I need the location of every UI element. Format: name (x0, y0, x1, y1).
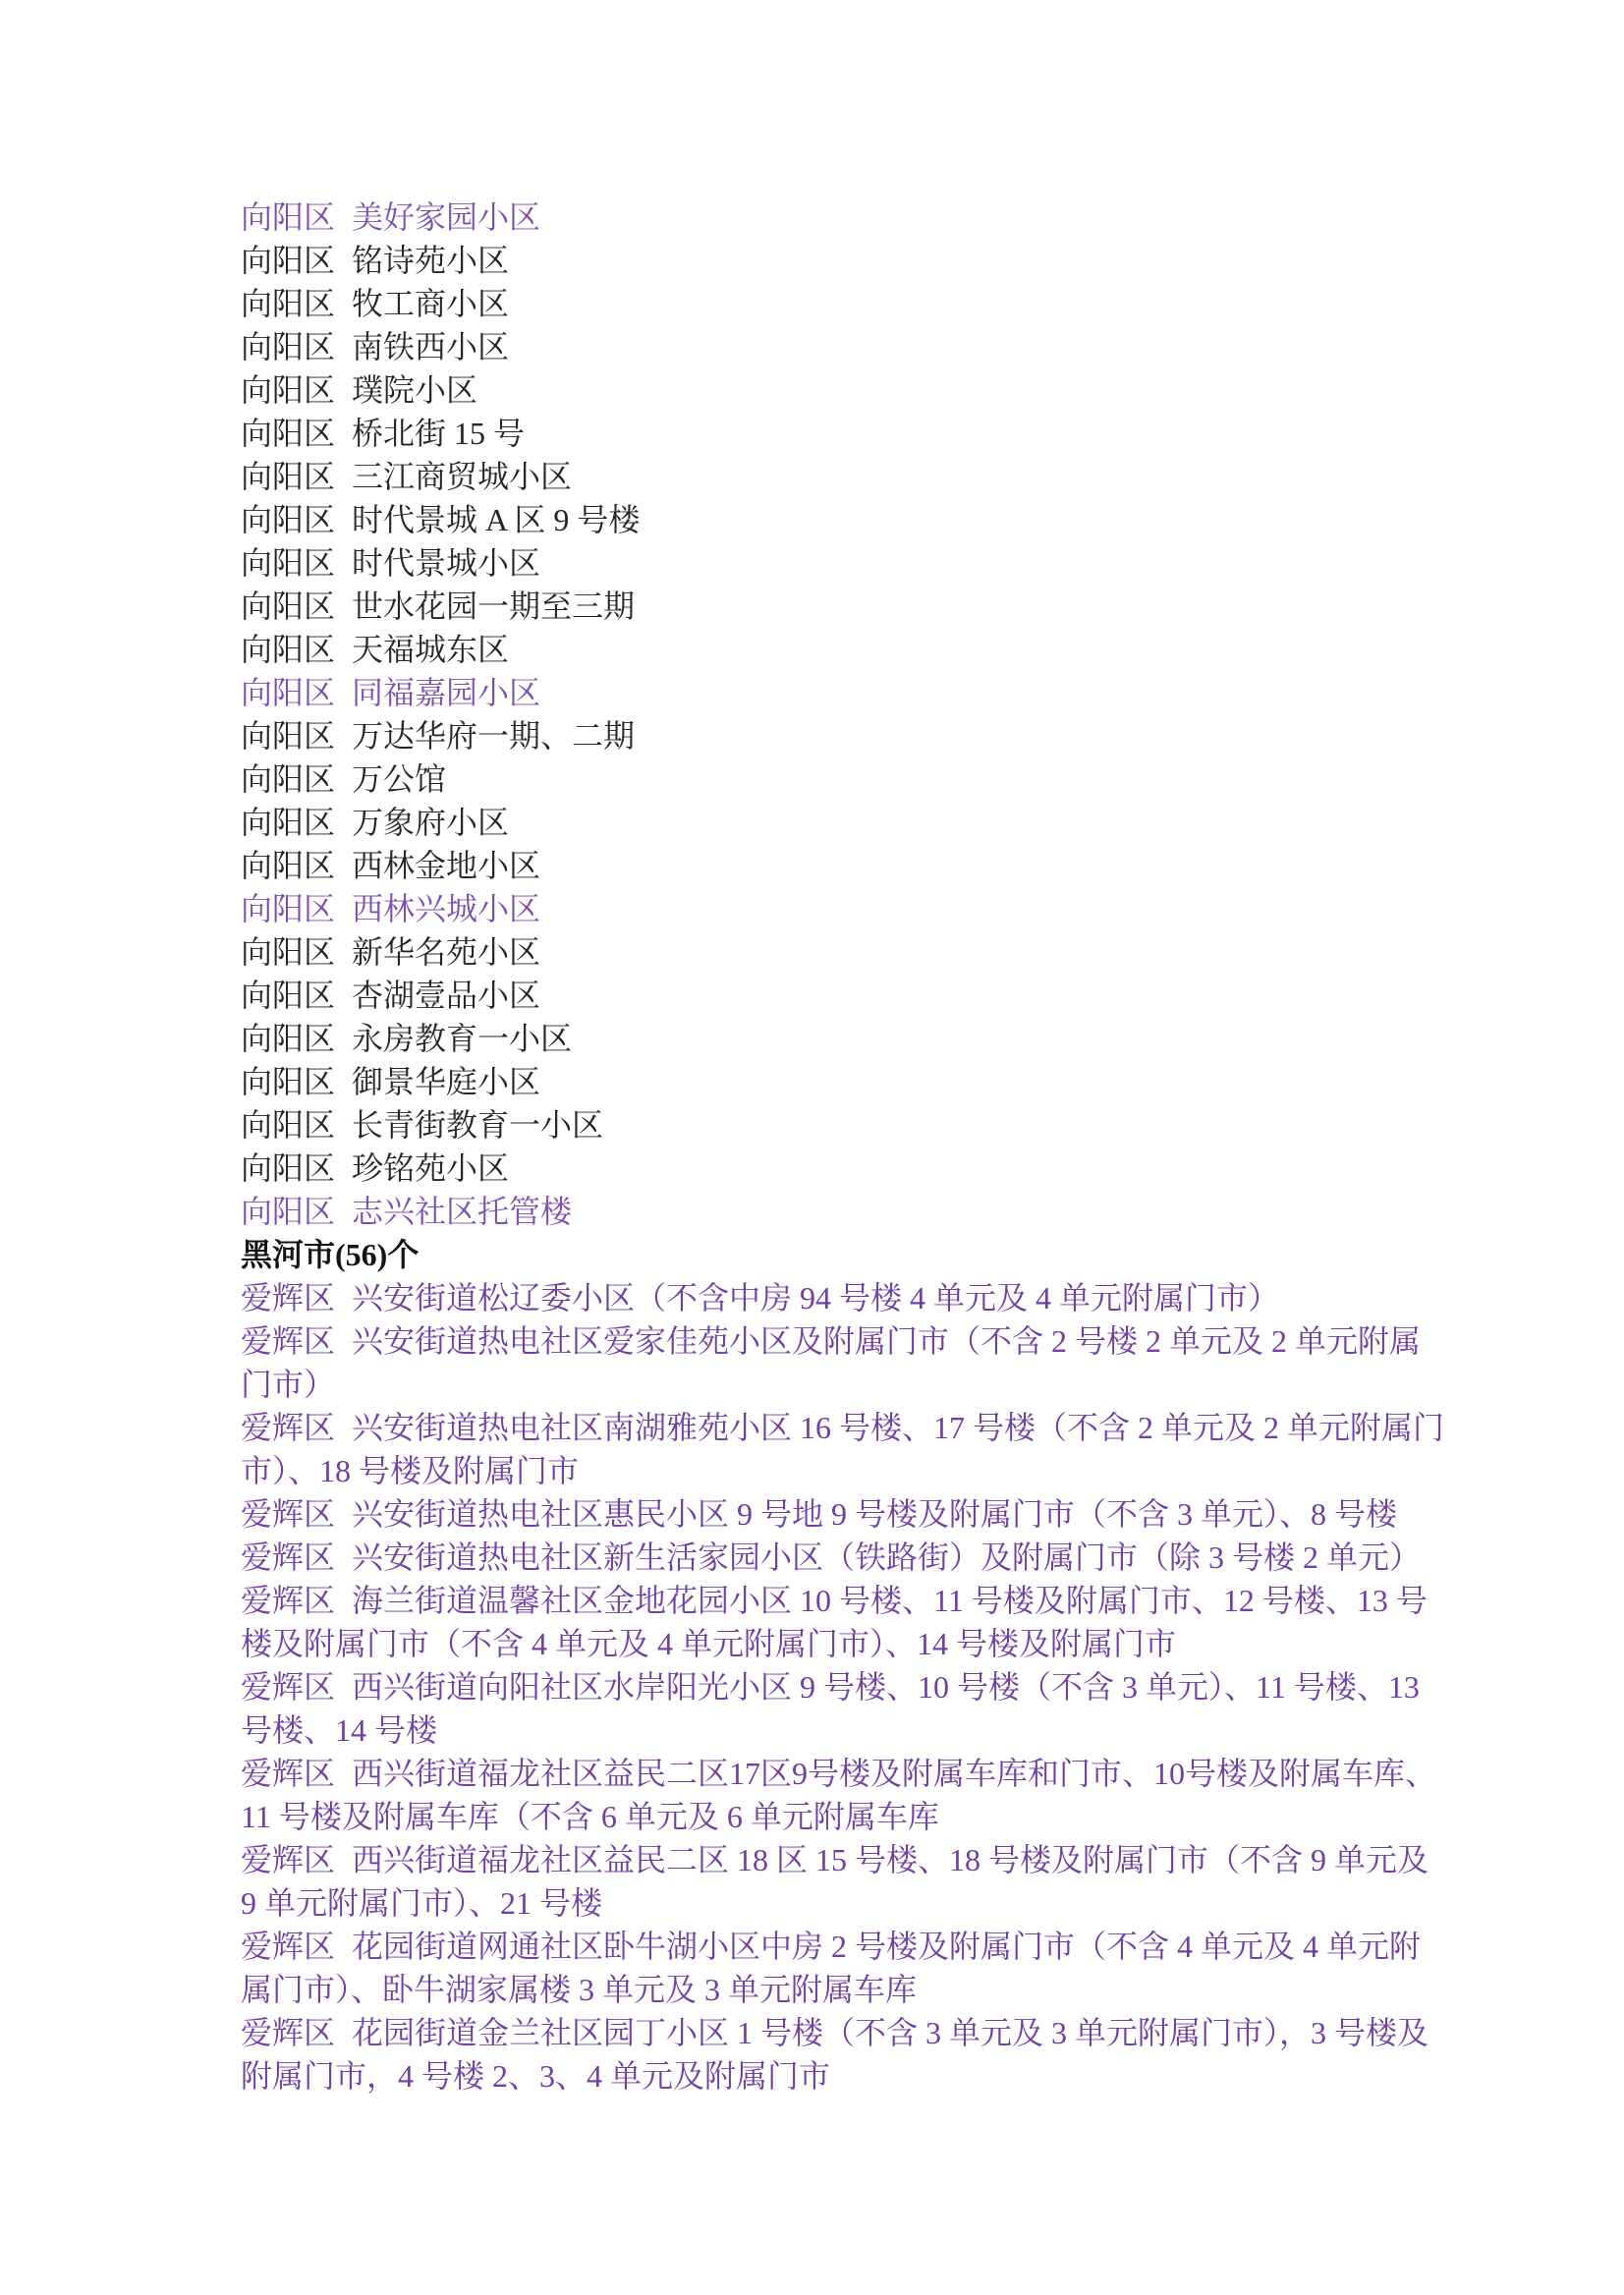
district-label: 向阳区 (241, 1021, 335, 1056)
district-label: 向阳区 (241, 372, 335, 408)
community-entry: 向阳区天福城东区 (241, 628, 1479, 671)
community-entry: 爱辉区兴安街道热电社区爱家佳苑小区及附属门市（不含 2 号楼 2 单元及 2 单… (241, 1319, 1479, 1406)
district-label: 爱辉区 (241, 1410, 335, 1445)
district-label: 向阳区 (241, 805, 335, 840)
community-name: 志兴社区托管楼 (352, 1194, 572, 1229)
district-label: 向阳区 (241, 545, 335, 581)
community-name: 珍铭苑小区 (352, 1150, 509, 1186)
community-entry: 向阳区万达华府一期、二期 (241, 714, 1479, 757)
district-label: 爱辉区 (241, 2015, 335, 2050)
district-label: 向阳区 (241, 891, 335, 926)
district-label: 爱辉区 (241, 1583, 335, 1618)
district-label: 向阳区 (241, 848, 335, 883)
community-name: 西林兴城小区 (352, 891, 540, 926)
community-entry: 向阳区西林兴城小区 (241, 887, 1479, 930)
community-description: 海兰街道温馨社区金地花园小区 10 号楼、11 号楼及附属门市、12 号楼、13… (241, 1583, 1428, 1661)
district-label: 向阳区 (241, 761, 335, 797)
district-label: 向阳区 (241, 1194, 335, 1229)
community-entry: 爱辉区花园街道金兰社区园丁小区 1 号楼（不含 3 单元及 3 单元附属门市），… (241, 2011, 1479, 2098)
aihui-district-list: 爱辉区兴安街道松辽委小区（不含中房 94 号楼 4 单元及 4 单元附属门市）爱… (241, 1276, 1479, 2098)
community-entry: 向阳区万公馆 (241, 757, 1479, 801)
community-name: 世水花园一期至三期 (352, 588, 635, 624)
community-entry: 爱辉区兴安街道热电社区南湖雅苑小区 16 号楼、17 号楼（不含 2 单元及 2… (241, 1406, 1479, 1492)
community-entry: 爱辉区兴安街道热电社区新生活家园小区（铁路街）及附属门市（除 3 号楼 2 单元… (241, 1536, 1479, 1579)
community-name: 杏湖壹品小区 (352, 978, 540, 1013)
community-name: 天福城东区 (352, 632, 509, 667)
community-entry: 向阳区长青街教育一小区 (241, 1103, 1479, 1147)
district-label: 向阳区 (241, 675, 335, 710)
community-name: 璞院小区 (352, 372, 477, 408)
district-label: 爱辉区 (241, 1539, 335, 1575)
community-description: 兴安街道松辽委小区（不含中房 94 号楼 4 单元及 4 单元附属门市） (352, 1280, 1279, 1315)
community-name: 三江商贸城小区 (352, 459, 572, 494)
district-label: 向阳区 (241, 1064, 335, 1099)
community-name: 牧工商小区 (352, 286, 509, 321)
community-description: 兴安街道热电社区惠民小区 9 号地 9 号楼及附属门市（不含 3 单元）、8 号… (352, 1496, 1397, 1532)
district-label: 向阳区 (241, 502, 335, 537)
district-label: 爱辉区 (241, 1842, 335, 1877)
community-name: 万达华府一期、二期 (352, 718, 635, 754)
district-label: 爱辉区 (241, 1280, 335, 1315)
community-description: 西兴街道福龙社区益民二区17区9号楼及附属车库和门市、10号楼及附属车库、 11… (241, 1756, 1436, 1834)
community-name: 时代景城 A 区 9 号楼 (352, 502, 640, 537)
community-name: 铭诗苑小区 (352, 243, 509, 278)
community-entry: 向阳区铭诗苑小区 (241, 239, 1479, 282)
community-entry: 向阳区万象府小区 (241, 801, 1479, 844)
community-name: 南铁西小区 (352, 329, 509, 364)
district-label: 爱辉区 (241, 1756, 335, 1791)
district-label: 向阳区 (241, 718, 335, 754)
community-entry: 向阳区同福嘉园小区 (241, 671, 1479, 714)
district-label: 向阳区 (241, 243, 335, 278)
community-description: 花园街道金兰社区园丁小区 1 号楼（不含 3 单元及 3 单元附属门市），3 号… (241, 2015, 1428, 2094)
district-label: 爱辉区 (241, 1669, 335, 1705)
community-name: 长青街教育一小区 (352, 1107, 603, 1143)
district-label: 向阳区 (241, 1150, 335, 1186)
community-entry: 爱辉区西兴街道福龙社区益民二区 18 区 15 号楼、18 号楼及附属门市（不含… (241, 1838, 1479, 1925)
community-entry: 爱辉区海兰街道温馨社区金地花园小区 10 号楼、11 号楼及附属门市、12 号楼… (241, 1579, 1479, 1665)
community-entry: 爱辉区兴安街道热电社区惠民小区 9 号地 9 号楼及附属门市（不含 3 单元）、… (241, 1492, 1479, 1536)
community-entry: 向阳区桥北街 15 号 (241, 412, 1479, 455)
community-name: 御景华庭小区 (352, 1064, 540, 1099)
community-entry: 向阳区世水花园一期至三期 (241, 585, 1479, 628)
community-name: 永房教育一小区 (352, 1021, 572, 1056)
community-name: 万公馆 (352, 761, 446, 797)
community-name: 同福嘉园小区 (352, 675, 540, 710)
community-entry: 爱辉区西兴街道向阳社区水岸阳光小区 9 号楼、10 号楼（不含 3 单元）、11… (241, 1665, 1479, 1752)
community-entry: 向阳区时代景城小区 (241, 541, 1479, 585)
community-entry: 向阳区杏湖壹品小区 (241, 974, 1479, 1017)
xiangyang-district-list: 向阳区美好家园小区向阳区铭诗苑小区向阳区牧工商小区向阳区南铁西小区向阳区璞院小区… (241, 196, 1479, 1233)
community-name: 时代景城小区 (352, 545, 540, 581)
community-entry: 爱辉区花园街道网通社区卧牛湖小区中房 2 号楼及附属门市（不含 4 单元及 4 … (241, 1925, 1479, 2011)
community-name: 万象府小区 (352, 805, 509, 840)
document-page: 向阳区美好家园小区向阳区铭诗苑小区向阳区牧工商小区向阳区南铁西小区向阳区璞院小区… (241, 196, 1479, 2098)
community-name: 新华名苑小区 (352, 934, 540, 970)
community-description: 西兴街道福龙社区益民二区 18 区 15 号楼、18 号楼及附属门市（不含 9 … (241, 1842, 1428, 1921)
district-label: 向阳区 (241, 199, 335, 235)
community-entry: 向阳区西林金地小区 (241, 844, 1479, 887)
district-label: 爱辉区 (241, 1496, 335, 1532)
district-label: 向阳区 (241, 1107, 335, 1143)
community-entry: 向阳区永房教育一小区 (241, 1017, 1479, 1060)
district-label: 向阳区 (241, 978, 335, 1013)
district-label: 向阳区 (241, 416, 335, 451)
community-name: 美好家园小区 (352, 199, 540, 235)
district-label: 向阳区 (241, 286, 335, 321)
community-entry: 向阳区新华名苑小区 (241, 930, 1479, 974)
community-entry: 向阳区三江商贸城小区 (241, 455, 1479, 498)
community-entry: 爱辉区西兴街道福龙社区益民二区17区9号楼及附属车库和门市、10号楼及附属车库、… (241, 1752, 1479, 1838)
district-label: 向阳区 (241, 459, 335, 494)
district-label: 向阳区 (241, 934, 335, 970)
community-entry: 向阳区璞院小区 (241, 368, 1479, 412)
community-entry: 向阳区美好家园小区 (241, 196, 1479, 239)
community-entry: 向阳区时代景城 A 区 9 号楼 (241, 498, 1479, 541)
district-label: 向阳区 (241, 588, 335, 624)
community-description: 兴安街道热电社区南湖雅苑小区 16 号楼、17 号楼（不含 2 单元及 2 单元… (241, 1410, 1444, 1488)
community-name: 桥北街 15 号 (352, 416, 525, 451)
community-description: 西兴街道向阳社区水岸阳光小区 9 号楼、10 号楼（不含 3 单元）、11 号楼… (241, 1669, 1420, 1748)
district-label: 向阳区 (241, 632, 335, 667)
district-label: 向阳区 (241, 329, 335, 364)
city-section-heading: 黑河市(56)个 (241, 1233, 1479, 1276)
community-entry: 向阳区志兴社区托管楼 (241, 1190, 1479, 1233)
community-entry: 向阳区珍铭苑小区 (241, 1147, 1479, 1190)
community-entry: 向阳区御景华庭小区 (241, 1060, 1479, 1103)
community-description: 兴安街道热电社区新生活家园小区（铁路街）及附属门市（除 3 号楼 2 单元） (352, 1539, 1421, 1575)
community-entry: 向阳区牧工商小区 (241, 282, 1479, 325)
community-entry: 爱辉区兴安街道松辽委小区（不含中房 94 号楼 4 单元及 4 单元附属门市） (241, 1276, 1479, 1319)
community-description: 兴安街道热电社区爱家佳苑小区及附属门市（不含 2 号楼 2 单元及 2 单元附属… (241, 1323, 1421, 1402)
community-entry: 向阳区南铁西小区 (241, 325, 1479, 368)
district-label: 爱辉区 (241, 1323, 335, 1359)
community-name: 西林金地小区 (352, 848, 540, 883)
community-description: 花园街道网通社区卧牛湖小区中房 2 号楼及附属门市（不含 4 单元及 4 单元附… (241, 1929, 1421, 2007)
district-label: 爱辉区 (241, 1929, 335, 1964)
